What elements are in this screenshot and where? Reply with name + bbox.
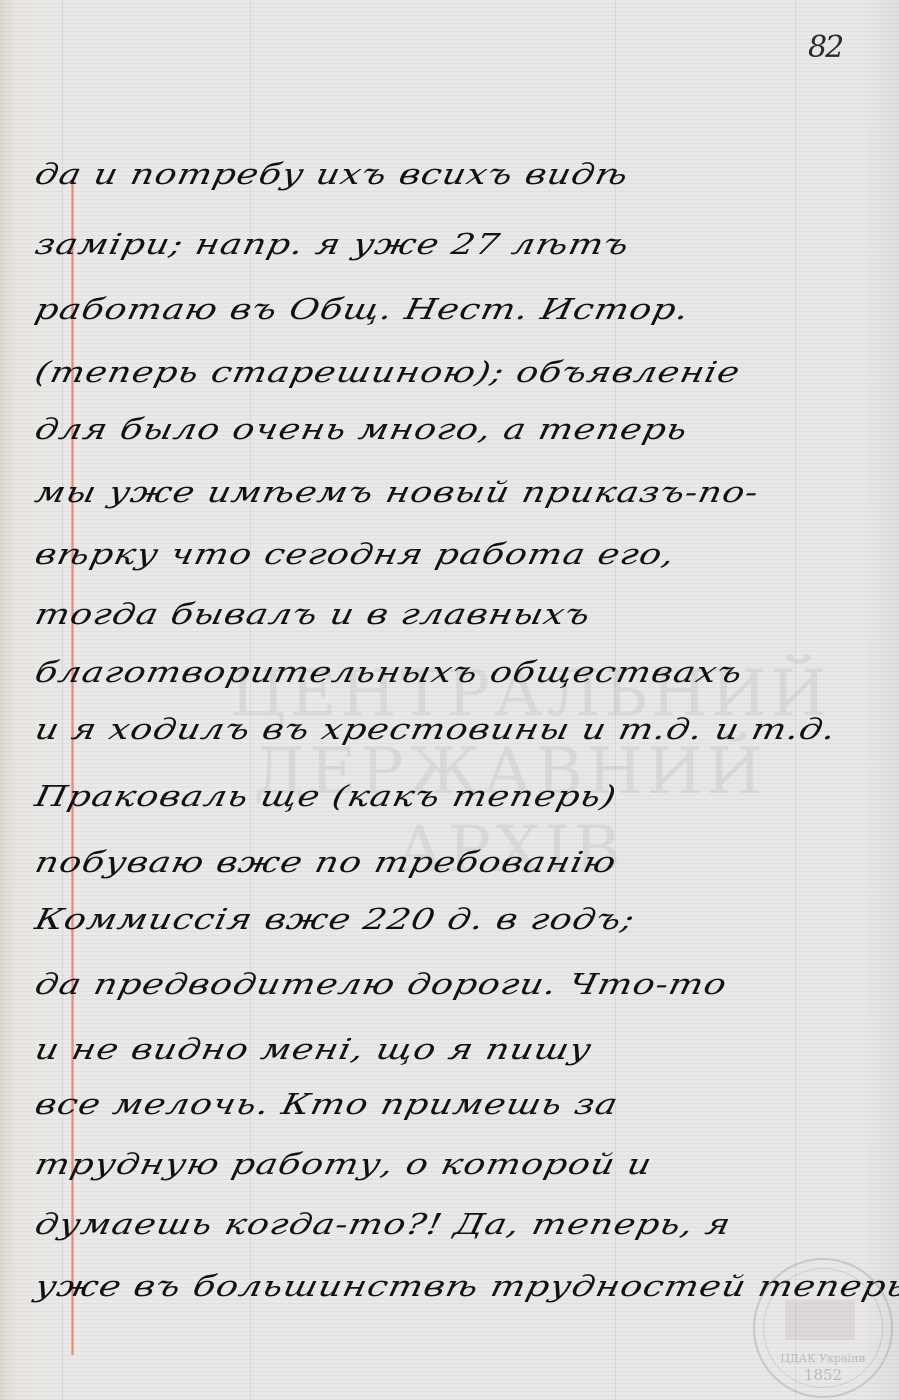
handwritten-line: благотворительныхъ обществахъ: [32, 656, 889, 689]
handwritten-line: Коммиссія вже 220 д. в годъ;: [32, 903, 889, 936]
stamp-year: 1852: [755, 1366, 891, 1384]
handwritten-line: работаю въ Общ. Нест. Истор.: [32, 293, 889, 326]
handwritten-line: думаешь когда-то?! Да, теперь, я: [32, 1208, 889, 1241]
handwritten-line: все мелочь. Кто примешь за: [32, 1088, 889, 1121]
handwritten-line: побуваю вже по требованію: [32, 846, 889, 879]
handwritten-line: и не видно мені, що я пишу: [32, 1033, 889, 1066]
handwritten-line: да и потребу ихъ всихъ видѣ: [32, 158, 889, 191]
handwritten-line: тогда бывалъ и в главныхъ: [32, 598, 889, 631]
handwritten-line: Праковаль ще (какъ теперь): [32, 780, 889, 813]
handwritten-line: да предводителю дороги. Что-то: [32, 968, 889, 1001]
handwritten-line: для было очень много, а теперь: [32, 413, 889, 446]
manuscript-page: 82 ЦЕНТРАЛЬНИЙ ДЕРЖАВНИЙ АРХІВ да и потр…: [0, 0, 899, 1400]
handwritten-line: вѣрку что сегодня работа его,: [32, 538, 889, 571]
paper-rule: [250, 0, 251, 1400]
paper-rule: [62, 0, 63, 1400]
stamp-name: ЦДАК України: [755, 1352, 891, 1365]
handwritten-line: и я ходилъ въ хрестовины и т.д. и т.д.: [32, 713, 889, 746]
stamp-emblem-icon: [785, 1300, 855, 1340]
handwritten-line: трудную работу, о которой и: [32, 1148, 889, 1181]
handwritten-line: заміри; напр. я уже 27 лѣтъ: [32, 228, 889, 261]
folio-number: 82: [808, 30, 842, 65]
handwritten-line: мы уже имѣемъ новый приказъ-по-: [32, 476, 889, 509]
paper-rule: [615, 0, 616, 1400]
paper-rule: [795, 0, 796, 1400]
archive-stamp: ЦДАК України 1852: [753, 1258, 893, 1398]
handwritten-line: (теперь старешиною); объявленіе: [32, 356, 889, 389]
